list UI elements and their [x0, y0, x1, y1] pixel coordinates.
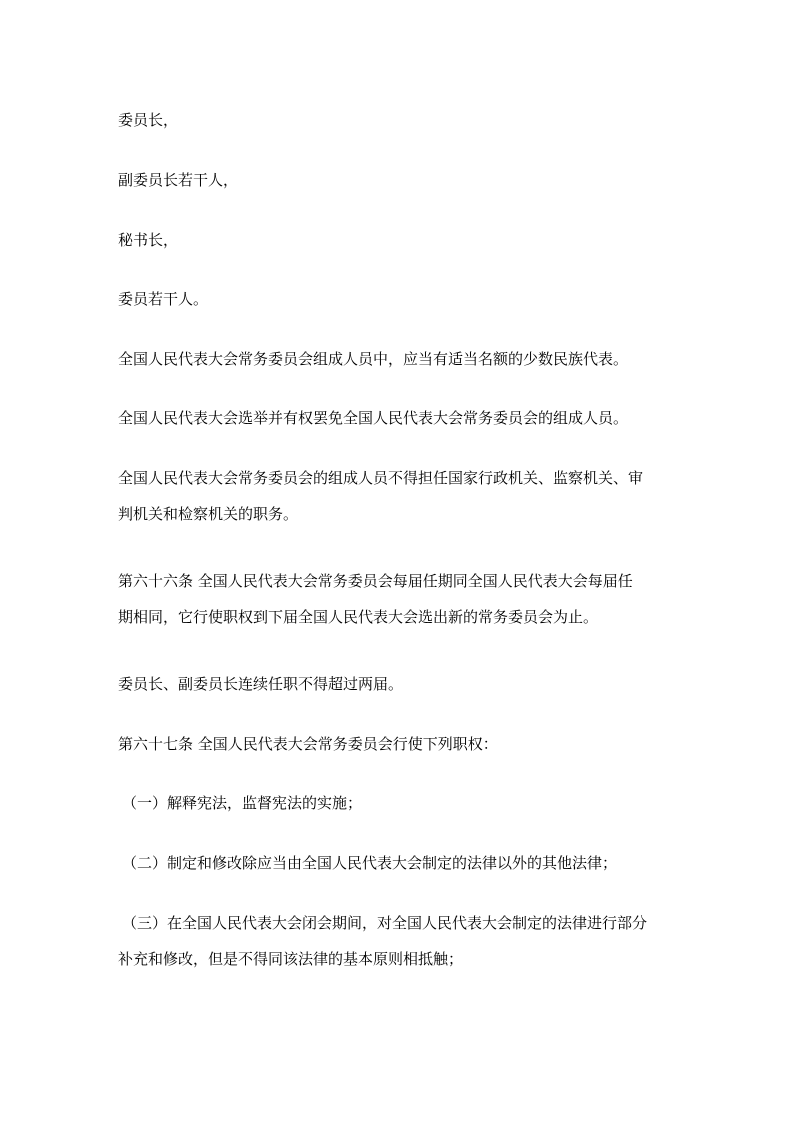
text-line: （三）在全国人民代表大会闭会期间，对全国人民代表大会制定的法律进行部分	[118, 905, 678, 941]
text-line: 第六十七条 全国人民代表大会常务委员会行使下列职权：	[118, 726, 678, 762]
paragraph-members: 委员若干人。	[118, 281, 678, 317]
text-line: 副委员长若干人，	[118, 162, 678, 198]
power-item-1: （一）解释宪法，监督宪法的实施；	[122, 785, 682, 821]
article-67: 第六十七条 全国人民代表大会常务委员会行使下列职权：	[118, 726, 678, 762]
text-line: 全国人民代表大会常务委员会的组成人员不得担任国家行政机关、监察机关、审	[118, 460, 678, 496]
text-line: 秘书长，	[118, 222, 678, 258]
document-page: 委员长， 副委员长若干人， 秘书长， 委员若干人。 全国人民代表大会常务委员会组…	[0, 0, 793, 1122]
paragraph-chairman: 委员长，	[118, 102, 678, 138]
text-line: （一）解释宪法，监督宪法的实施；	[122, 785, 682, 821]
text-line: 全国人民代表大会常务委员会组成人员中，应当有适当名额的少数民族代表。	[118, 341, 678, 377]
power-item-2: （二）制定和修改除应当由全国人民代表大会制定的法律以外的其他法律；	[122, 845, 682, 881]
text-line: 判机关和检察机关的职务。	[118, 496, 678, 532]
text-line: 期相同，它行使职权到下届全国人民代表大会选出新的常务委员会为止。	[118, 599, 678, 635]
text-line: （二）制定和修改除应当由全国人民代表大会制定的法律以外的其他法律；	[122, 845, 682, 881]
power-item-3: （三）在全国人民代表大会闭会期间，对全国人民代表大会制定的法律进行部分 补充和修…	[118, 905, 678, 977]
paragraph-secretary-general: 秘书长，	[118, 222, 678, 258]
text-line: 第六十六条 全国人民代表大会常务委员会每届任期同全国人民代表大会每届任	[118, 563, 678, 599]
article-66: 第六十六条 全国人民代表大会常务委员会每届任期同全国人民代表大会每届任 期相同，…	[118, 563, 678, 635]
text-line: 补充和修改，但是不得同该法律的基本原则相抵触；	[118, 941, 678, 977]
paragraph-vice-chairmen: 副委员长若干人，	[118, 162, 678, 198]
paragraph-election-recall: 全国人民代表大会选举并有权罢免全国人民代表大会常务委员会的组成人员。	[118, 400, 678, 436]
paragraph-term-limit: 委员长、副委员长连续任职不得超过两届。	[118, 666, 678, 702]
text-line: 委员长、副委员长连续任职不得超过两届。	[118, 666, 678, 702]
paragraph-office-restrictions: 全国人民代表大会常务委员会的组成人员不得担任国家行政机关、监察机关、审 判机关和…	[118, 460, 678, 532]
text-line: 委员长，	[118, 102, 678, 138]
text-line: 全国人民代表大会选举并有权罢免全国人民代表大会常务委员会的组成人员。	[118, 400, 678, 436]
text-line: 委员若干人。	[118, 281, 678, 317]
paragraph-minority-representatives: 全国人民代表大会常务委员会组成人员中，应当有适当名额的少数民族代表。	[118, 341, 678, 377]
